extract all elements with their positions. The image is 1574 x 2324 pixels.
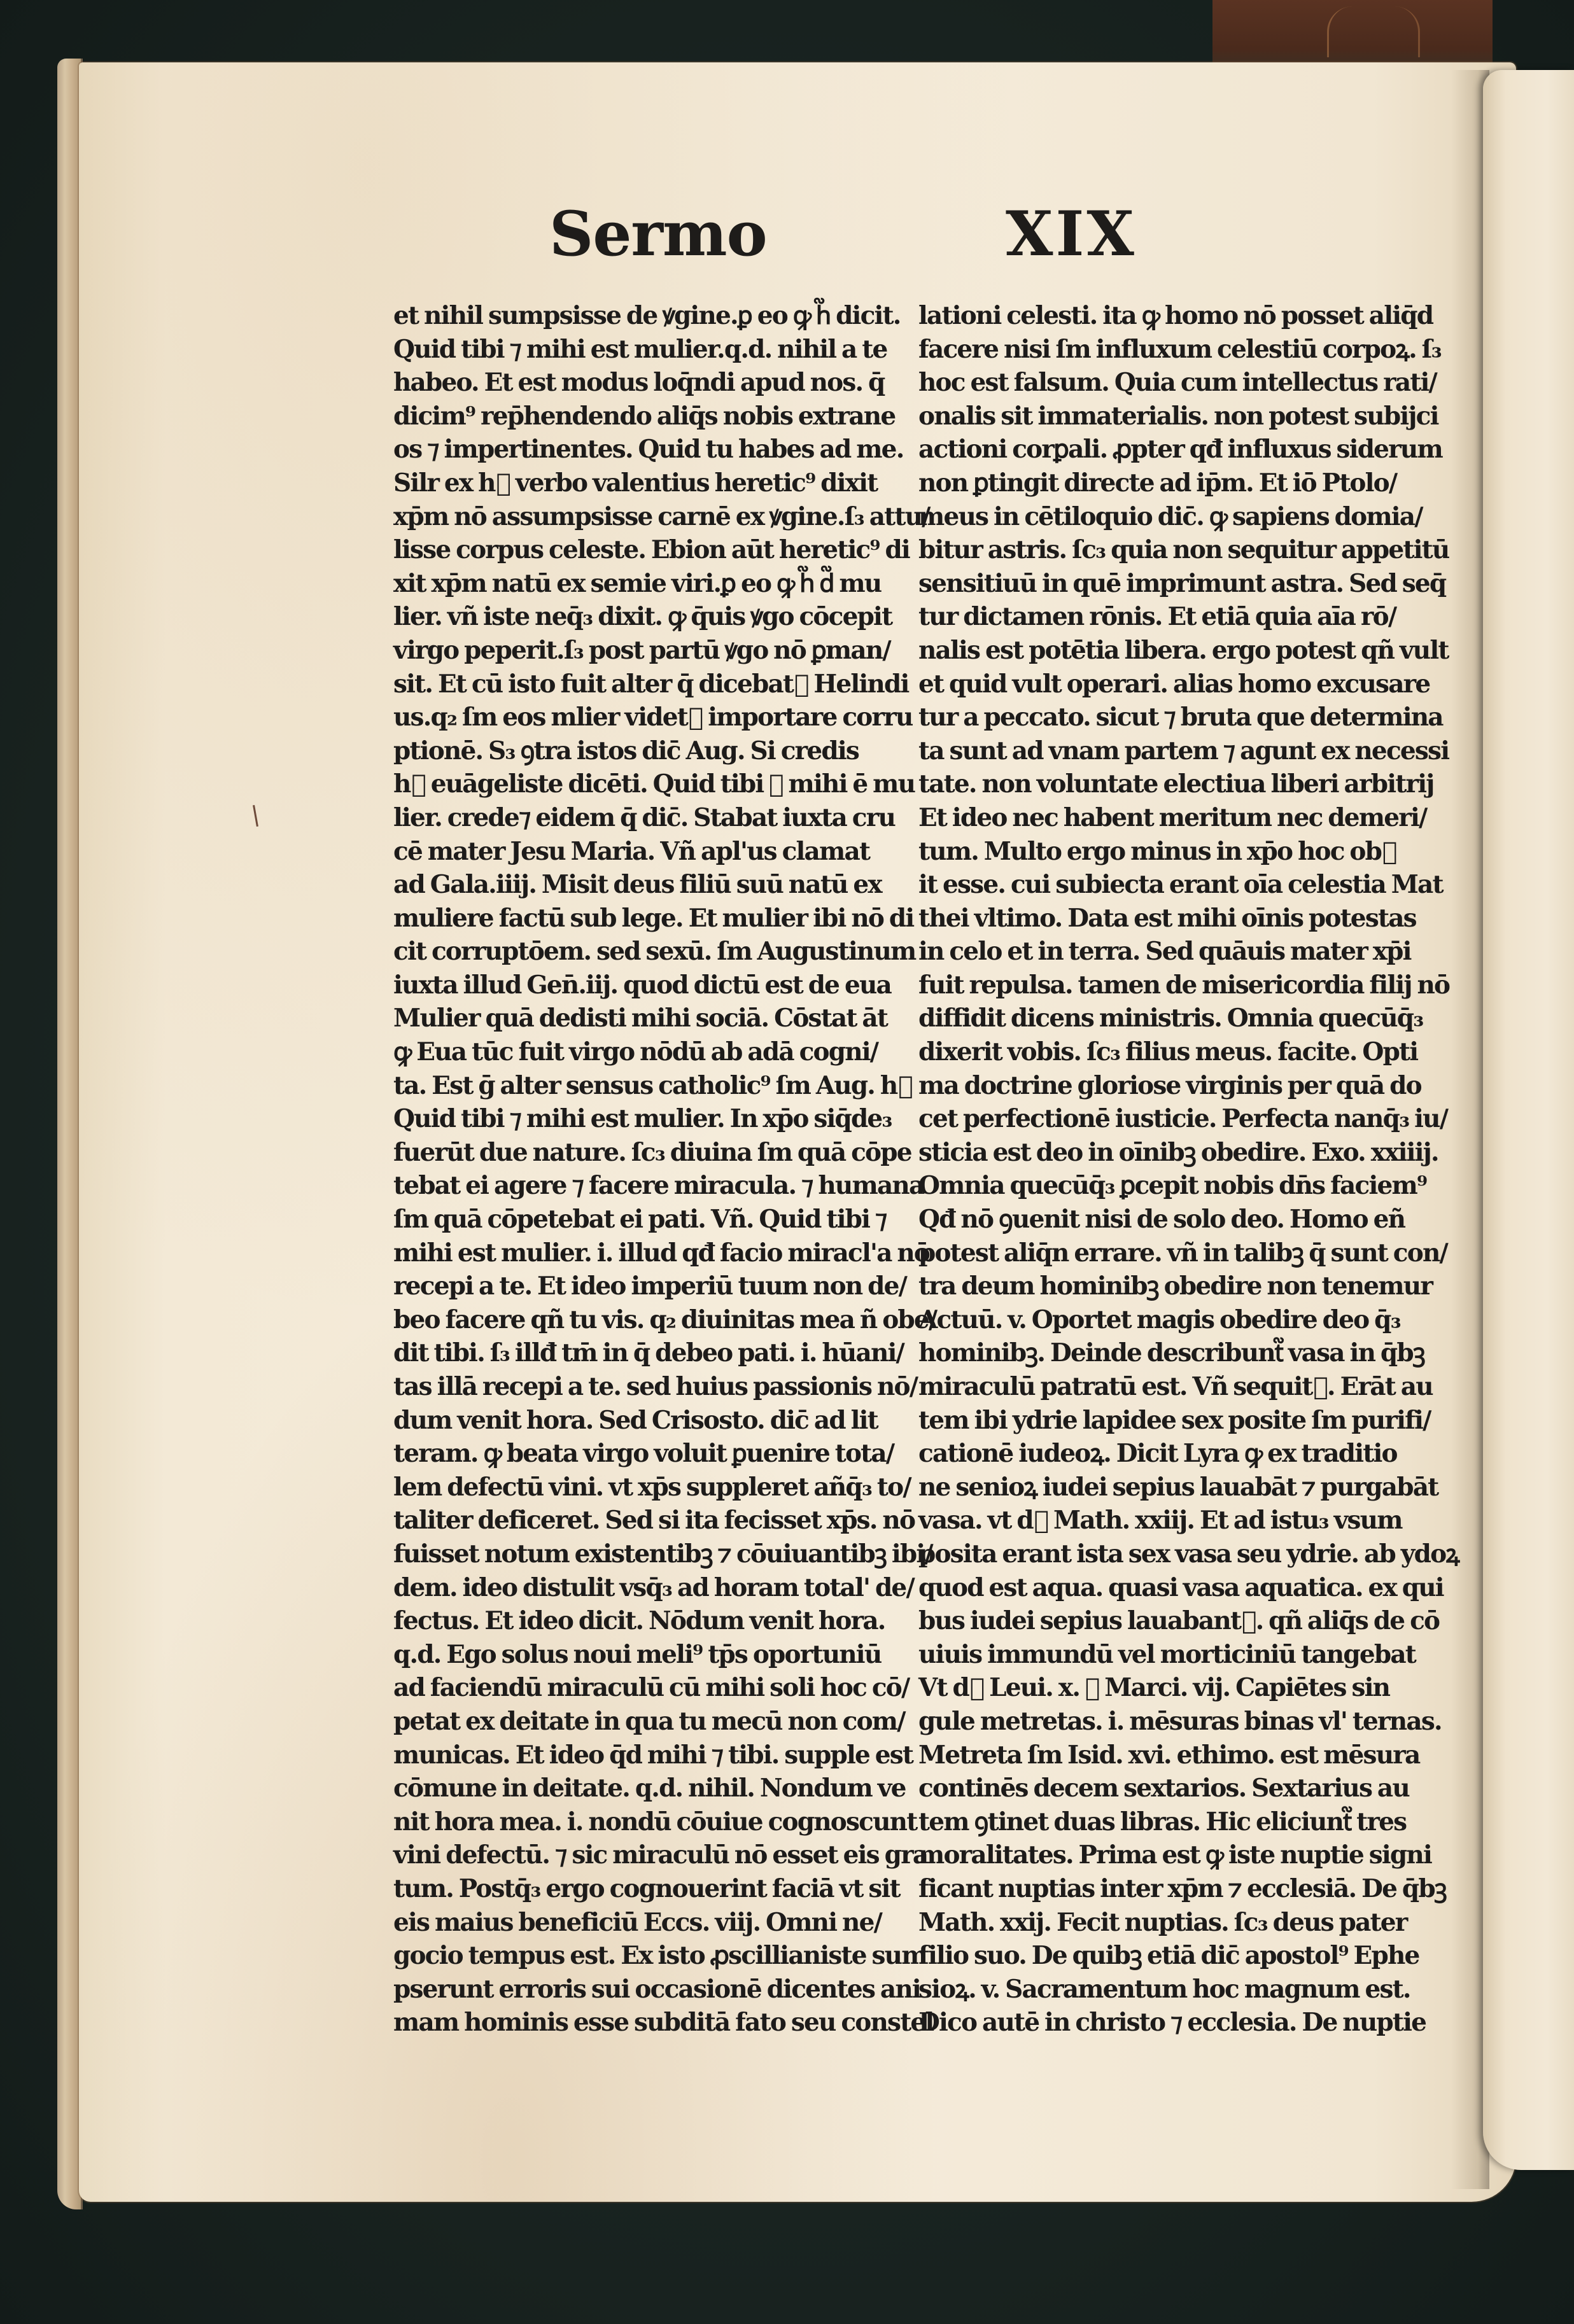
text-line: Actuū. v. Oportet magis obedire deo q̄₃ [918, 1303, 1440, 1337]
facing-page [1483, 70, 1574, 2170]
text-line: nalis est potētia libera. ergo potest qñ… [918, 634, 1440, 668]
running-head-left: Sermo [549, 204, 767, 265]
text-line: Quid tibi ⁊ mihi est mulier.q.d. nihil a… [393, 333, 903, 367]
text-line: dicim⁹ rep̄hendendo aliq̄s nobis extrane [393, 400, 903, 433]
text-line: ſm quā cōpetebat ei pati. Vñ. Quid tibi … [393, 1203, 903, 1236]
text-line: teram. ꝙ beata virgo voluit ꝑuenire tota… [393, 1437, 903, 1471]
text-line: cē mater Jesu Maria. Vñ apl'us clamat [393, 835, 903, 869]
text-line: diffidit dicens ministris. Omnia quecūq̄… [918, 1002, 1440, 1035]
text-line: iuxta illud Gen̄.iij. quod dictū est de … [393, 969, 903, 1002]
text-line: et quid vult operari. alias homo excusar… [918, 668, 1440, 701]
text-line: eis maius beneficiū Eccs. viij. Omni ne/ [393, 1906, 903, 1940]
text-line: actioni corꝑali. ꝓpter qđ influxus sider… [918, 433, 1440, 466]
text-line: cōmune in deitate. q.d. nihil. Nondum ve [393, 1772, 903, 1805]
text-line: cet perfectionē iusticie. Perfecta nanq̄… [918, 1102, 1440, 1136]
text-line: municas. Et ideo q̄d mihi ⁊ tibi. supple… [393, 1739, 903, 1772]
text-line: sit. Et cū isto fuit alter q̄ dicebat᷑ H… [393, 668, 903, 701]
text-line: tur a peccato. sicut ⁊ bruta que determi… [918, 701, 1440, 734]
text-line: Et ideo nec habent meritum nec demeri/ [918, 801, 1440, 835]
text-line: vasa. vt d᷑ Math. xxiij. Et ad istu₃ vsu… [918, 1504, 1440, 1537]
text-line: ptionē. S₃ ꝯtra istos dic̄ Aug. Si credi… [393, 734, 903, 768]
text-line: fuerūt due nature. ſc₃ diuina ſm quā cōp… [393, 1136, 903, 1170]
text-line: gule metretas. i. mēsuras binas vl' tern… [918, 1705, 1440, 1739]
text-line: petat ex deitate in qua tu mecū non com/ [393, 1705, 903, 1739]
text-line: sensitiuū in quē imprimunt astra. Sed se… [918, 567, 1440, 601]
text-line: dem. ideo distulit vsq̄₃ ad horam total'… [393, 1571, 903, 1605]
text-line: pserunt erroris sui occasionē dicentes a… [393, 1973, 903, 2006]
text-line: miraculū patratū est. Vñ sequit᷑. Erāt a… [918, 1370, 1440, 1404]
text-line: muliere factū sub lege. Et mulier ibi nō… [393, 902, 903, 935]
text-line: taliter deficeret. Sed si ita fecisset x… [393, 1504, 903, 1537]
text-line: non ꝑtingit directe ad ip̄m. Et iō Ptolo… [918, 466, 1440, 500]
text-line: ficant nuptias inter xp̄m ⁊ ecclesiā. De… [918, 1872, 1440, 1906]
text-line: sioꝝ. v. Sacramentum hoc magnum est. [918, 1973, 1440, 2006]
text-line: os ⁊ impertinentes. Quid tu habes ad me. [393, 433, 903, 466]
text-line: meus in cētiloquio dic̄. ꝙ sapiens domia… [918, 500, 1440, 534]
text-line: onalis sit immaterialis. non potest subi… [918, 400, 1440, 433]
text-line: fectus. Et ideo dicit. Nōdum venit hora. [393, 1604, 903, 1638]
text-line: Mulier quā dedisti mihi sociā. Cōstat āt [393, 1002, 903, 1035]
text-line: lationi celesti. ita ꝙ homo nō posset al… [918, 299, 1440, 333]
text-line: habeo. Et est modus loq̄ndi apud nos. q̄ [393, 366, 903, 400]
text-line: Dico autē in christo ⁊ ecclesia. De nupt… [918, 2006, 1440, 2040]
text-line: bus iudei sepius lauabant᷑. qñ aliq̄s de… [918, 1604, 1440, 1638]
text-line: virgo peperit.ſ₃ post partū ꝟgo nō ꝑman/ [393, 634, 903, 668]
text-line: uiuis immundū vel morticiniū tangebat [918, 1638, 1440, 1672]
text-line: Metreta ſm Isid. xvi. ethimo. est mēsura [918, 1739, 1440, 1772]
text-line: mam hominis esse subditā fato seu conste… [393, 2006, 903, 2040]
text-line: Omnia quecūq̄₃ ꝑcepit nobis dn̄s faciem⁹ [918, 1169, 1440, 1203]
text-line: in celo et in terra. Sed quāuis mater xp… [918, 935, 1440, 969]
text-line: facere nisi ſm influxum celestiū corpoꝝ.… [918, 333, 1440, 367]
text-line: quod est aqua. quasi vasa aquatica. ex q… [918, 1571, 1440, 1605]
text-line: ad faciendū miraculū cū mihi soli hoc cō… [393, 1671, 903, 1705]
text-line: continēs decem sextarios. Sextarius au [918, 1772, 1440, 1805]
text-line: it esse. cui subiecta erant oīa celestia… [918, 868, 1440, 902]
text-line: ma doctrine gloriose virginis per quā do [918, 1069, 1440, 1103]
text-line: hoc est falsum. Quia cum intellectus rat… [918, 366, 1440, 400]
text-line: tas illā recepi a te. sed huius passioni… [393, 1370, 903, 1404]
text-line: us.q₂ ſm eos mlier videt᷑ importare corr… [393, 701, 903, 734]
text-line: ta. Est ḡ alter sensus catholic⁹ ſm Aug.… [393, 1069, 903, 1103]
text-line: ꝙ Eua tūc fuit virgo nōdū ab adā cogni/ [393, 1035, 903, 1069]
text-line: q.d. Ego solus noui meli⁹ tp̄s oportuniū [393, 1638, 903, 1672]
text-line: Math. xxij. Fecit nuptias. ſc₃ deus pate… [918, 1906, 1440, 1940]
text-line: ta sunt ad vnam partem ⁊ agunt ex necess… [918, 734, 1440, 768]
text-line: moralitates. Prima est ꝙ iste nuptie sig… [918, 1838, 1440, 1872]
text-line: gocio tempus est. Ex isto ꝓscillianiste … [393, 1939, 903, 1973]
text-line: beo facere qñ tu vis. q₂ diuinitas mea ñ… [393, 1303, 903, 1337]
text-line: nit hora mea. i. nondū cōuiue cognoscunt [393, 1805, 903, 1839]
text-line: cationē iudeoꝝ. Dicit Lyra ꝙ ex traditio [918, 1437, 1440, 1471]
text-line: bitur astris. ſc₃ quia non sequitur appe… [918, 533, 1440, 567]
text-line: thei vltimo. Data est mihi oīnis potesta… [918, 902, 1440, 935]
text-line: vini defectū. ⁊ sic miraculū nō esset ei… [393, 1838, 903, 1872]
text-line: tate. non voluntate electiua liberi arbi… [918, 767, 1440, 801]
text-line: potest aliq̄n errare. vñ in talibꝫ q̄ su… [918, 1236, 1440, 1270]
text-line: et nihil sumpsisse de ꝟgine.ꝑ eo ꝙ h᷑ di… [393, 299, 903, 333]
text-line: fuit repulsa. tamen de misericordia fili… [918, 969, 1440, 1002]
text-line: dixerit vobis. ſc₃ filius meus. facite. … [918, 1035, 1440, 1069]
text-line: tebat ei agere ⁊ facere miracula. ⁊ huma… [393, 1169, 903, 1203]
running-head-right: XIX [1006, 204, 1137, 265]
text-line: xit xp̄m natū ex semie viri.ꝑ eo ꝙ h᷑ d᷑… [393, 567, 903, 601]
text-line: tem ꝯtinet duas libras. Hic eliciunt᷑ tr… [918, 1805, 1440, 1839]
text-line: recepi a te. Et ideo imperiū tuum non de… [393, 1270, 903, 1303]
text-line: Vt d᷑ Leui. x. ⁊ Marci. vij. Capiētes si… [918, 1671, 1440, 1705]
text-line: dum venit hora. Sed Crisosto. dic̄ ad li… [393, 1404, 903, 1438]
text-line: fuisset notum existentibꝫ ⁊ cōuiuantibꝫ … [393, 1537, 903, 1571]
text-line: lem defectū vini. vt xp̄s suppleret añq̄… [393, 1471, 903, 1504]
text-line: Quid tibi ⁊ mihi est mulier. In xp̄o siq… [393, 1102, 903, 1136]
text-column-left: et nihil sumpsisse de ꝟgine.ꝑ eo ꝙ h᷑ di… [393, 299, 903, 2040]
text-line: ne senioꝝ iudei sepius lauabāt ⁊ purgabā… [918, 1471, 1440, 1504]
text-line: hominibꝫ. Deinde describunt᷑ vasa in q̄b… [918, 1336, 1440, 1370]
text-line: Qđ nō ꝯuenit nisi de solo deo. Homo eñ [918, 1203, 1440, 1236]
text-line: ad Gala.iiij. Misit deus filiū suū natū … [393, 868, 903, 902]
text-column-right: lationi celesti. ita ꝙ homo nō posset al… [918, 299, 1440, 2040]
text-line: h᷑ euāgeliste dicēti. Quid tibi ⁊ mihi ē… [393, 767, 903, 801]
text-line: Silr ex h᷑ verbo valentius heretic⁹ dixi… [393, 466, 903, 500]
text-line: lier. crede⁊ eidem q̄ dic̄. Stabat iuxta… [393, 801, 903, 835]
text-line: cit corruptōem. sed sexū. ſm Augustinum [393, 935, 903, 969]
text-line: tra deum hominibꝫ obedire non tenemur [918, 1270, 1440, 1303]
text-line: tum. Postq̄₃ ergo cognouerint faciā vt s… [393, 1872, 903, 1906]
text-line: filio suo. De quibꝫ etiā dic̄ apostol⁹ E… [918, 1939, 1440, 1973]
binding-tooling-ornament [1327, 6, 1420, 57]
text-line: xp̄m nō assumpsisse carnē ex ꝟgine.ſ₃ at… [393, 500, 903, 534]
text-line: tur dictamen rōnis. Et etiā quia aīa rō/ [918, 600, 1440, 634]
text-line: mihi est mulier. i. illud qđ facio mirac… [393, 1236, 903, 1270]
text-line: dit tibi. ſ₃ illđ tm̄ in q̄ debeo pati. … [393, 1336, 903, 1370]
text-line: lier. vñ iste neq̄₃ dixit. ꝙ q̄uis ꝟgo c… [393, 600, 903, 634]
text-line: posita erant ista sex vasa seu ydrie. ab… [918, 1537, 1440, 1571]
text-line: sticia est deo in oīnibꝫ obedire. Exo. x… [918, 1136, 1440, 1170]
text-line: tem ibi ydrie lapidee sex posite ſm puri… [918, 1404, 1440, 1438]
text-line: lisse corpus celeste. Ebion aūt heretic⁹… [393, 533, 903, 567]
text-line: tum. Multo ergo minus in xp̄o hoc ob᷑ [918, 835, 1440, 869]
